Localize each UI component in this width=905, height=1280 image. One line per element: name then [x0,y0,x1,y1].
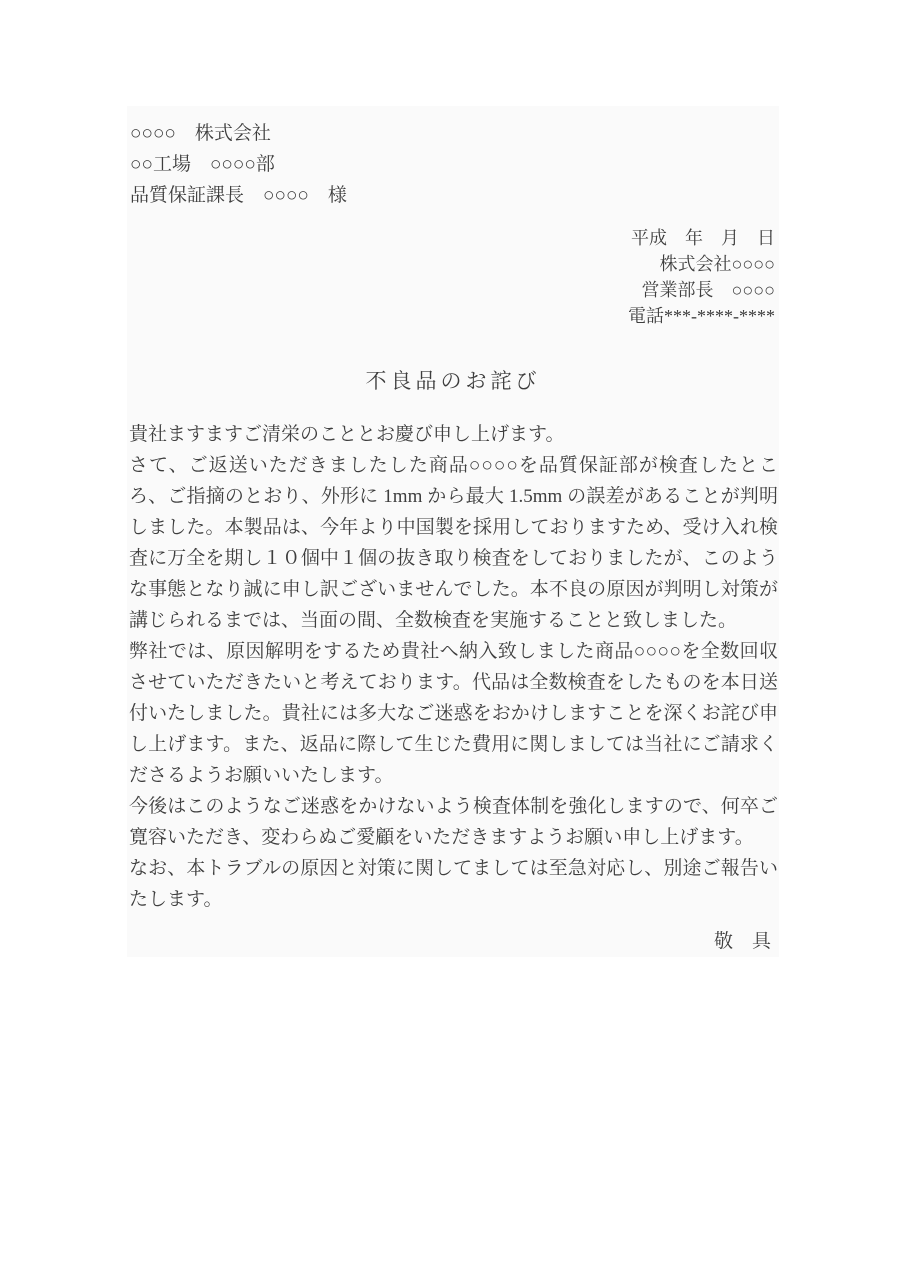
recipient-person: 品質保証課長 ○○○○ 様 [130,180,779,211]
recipient-company: ○○○○ 株式会社 [130,118,779,149]
sender-block: 平成 年 月 日 株式会社○○○○ 営業部長 ○○○○ 電話***-****-*… [127,225,779,329]
recipient-factory-department: ○○工場 ○○○○部 [130,149,779,180]
letter-title: 不良品のお詫び [127,368,779,394]
sender-phone: 電話***-****-**** [127,303,775,329]
letter-document: ○○○○ 株式会社 ○○工場 ○○○○部 品質保証課長 ○○○○ 様 平成 年 … [127,106,779,957]
body-paragraph-recall-replacement: 弊社では、原因解明をするため貴社へ納入致しました商品○○○○を全数回収させていた… [129,636,778,791]
body-paragraph-future-measures: 今後はこのようなご迷惑をかけないよう検査体制を強化しますので、何卒ご寛容いただき… [129,791,778,853]
letter-body: 貴社ますますご清栄のこととお慶び申し上げます。 さて、ご返送いただきましたした商… [127,419,779,915]
letter-date: 平成 年 月 日 [127,225,775,251]
page-background: ○○○○ 株式会社 ○○工場 ○○○○部 品質保証課長 ○○○○ 様 平成 年 … [0,0,905,1280]
sender-company: 株式会社○○○○ [127,251,775,277]
closing-keigu: 敬 具 [127,926,779,957]
sender-person: 営業部長 ○○○○ [127,277,775,303]
body-paragraph-inspection-result: さて、ご返送いただきましたした商品○○○○を品質保証部が検査したところ、ご指摘の… [129,450,778,636]
body-paragraph-greeting: 貴社ますますご清栄のこととお慶び申し上げます。 [129,419,778,450]
body-paragraph-followup-report: なお、本トラブルの原因と対策に関してましては至急対応し、別途ご報告いたします。 [129,853,778,915]
recipient-block: ○○○○ 株式会社 ○○工場 ○○○○部 品質保証課長 ○○○○ 様 [127,106,779,211]
